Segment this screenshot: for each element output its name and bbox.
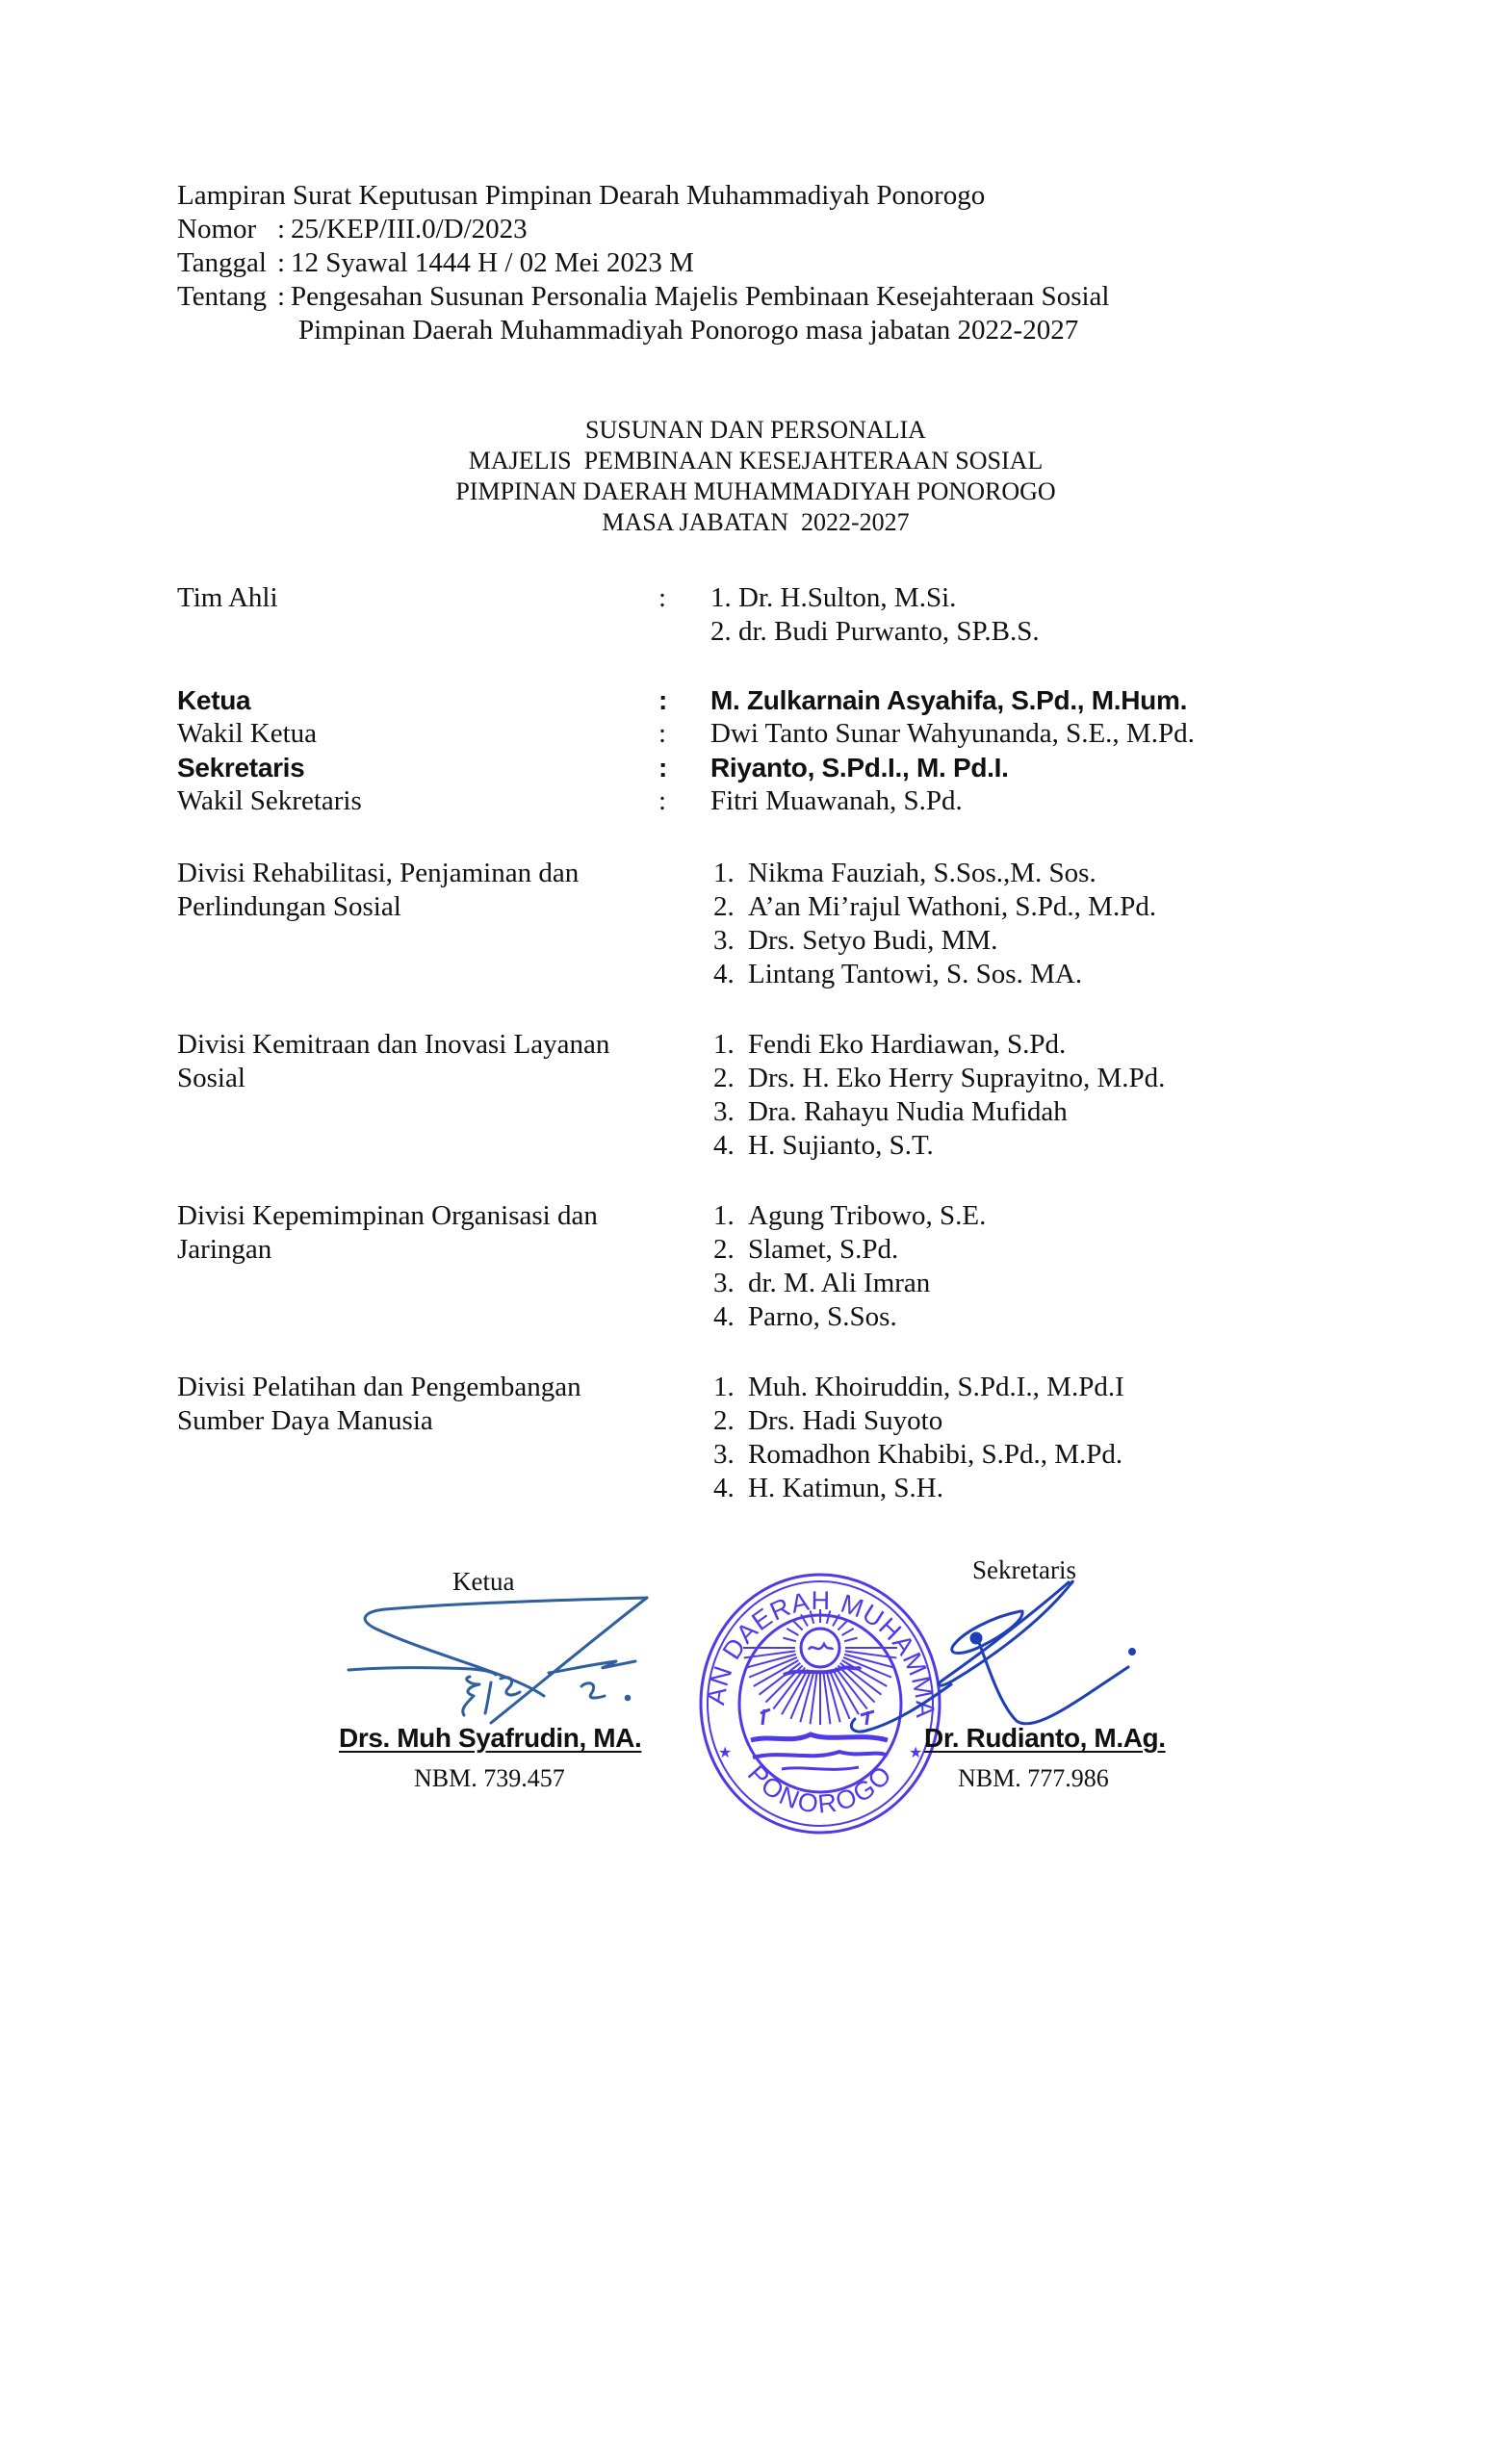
division-name-line: Sosial [177, 1062, 678, 1095]
separator: : [658, 717, 666, 751]
item-number: 4. [713, 1129, 748, 1163]
item-number: 1. [713, 1371, 748, 1404]
nomor-label: Nomor [177, 213, 277, 246]
tentang-value-line1: Pengesahan Susunan Personalia Majelis Pe… [291, 280, 1109, 314]
member-name: Drs. Setyo Budi, MM. [748, 924, 997, 958]
svg-text:★: ★ [718, 1743, 732, 1761]
list-item: 1.Agung Tribowo, S.E. [713, 1199, 986, 1233]
division-name: Divisi Rehabilitasi, Penjaminan dan Perl… [177, 857, 678, 924]
title-line-4: MASA JABATAN 2022-2027 [0, 507, 1496, 538]
officer-name: Riyanto, S.Pd.I., M. Pd.I. [710, 751, 1009, 784]
list-item: 2.Slamet, S.Pd. [713, 1233, 986, 1267]
division-name-line: Jaringan [177, 1233, 678, 1267]
member-name: Slamet, S.Pd. [748, 1233, 898, 1267]
tentang-value-line2: Pimpinan Daerah Muhammadiyah Ponorogo ma… [298, 314, 1078, 347]
officer-role: Ketua [177, 683, 250, 717]
ketua-name: Drs. Muh Syafrudin, MA. [339, 1723, 641, 1754]
list-item: 2.A’an Mi’rajul Wathoni, S.Pd., M.Pd. [713, 890, 1156, 924]
member-name: Drs. Hadi Suyoto [748, 1404, 942, 1438]
list-item: 4.H. Sujianto, S.T. [713, 1129, 1165, 1163]
title-line-2: MAJELIS PEMBINAAN KESEJAHTERAAN SOSIAL [0, 446, 1496, 476]
tim-ahli-member: 2. dr. Budi Purwanto, SP.B.S. [710, 615, 1040, 649]
title-line-1: SUSUNAN DAN PERSONALIA [0, 415, 1496, 446]
tentang-label: Tentang [177, 280, 277, 314]
list-item: 4.Lintang Tantowi, S. Sos. MA. [713, 958, 1156, 991]
list-item: 3.Romadhon Khabibi, S.Pd., M.Pd. [713, 1438, 1124, 1472]
ketua-signature-icon [347, 1578, 655, 1732]
list-item: 3.Drs. Setyo Budi, MM. [713, 924, 1156, 958]
division-members: 1.Nikma Fauziah, S.Sos.,M. Sos. 2.A’an M… [713, 857, 1156, 991]
item-number: 1. [713, 1199, 748, 1233]
member-name: Romadhon Khabibi, S.Pd., M.Pd. [748, 1438, 1122, 1472]
item-number: 2. [713, 1404, 748, 1438]
item-number: 1. [713, 857, 748, 890]
member-name: A’an Mi’rajul Wathoni, S.Pd., M.Pd. [748, 890, 1156, 924]
division-name-line: Sumber Daya Manusia [177, 1404, 678, 1438]
officer-name: Fitri Muawanah, S.Pd. [710, 784, 963, 818]
division-name-line: Divisi Kemitraan dan Inovasi Layanan [177, 1028, 678, 1062]
ketua-nbm: NBM. 739.457 [414, 1764, 565, 1793]
attachment-line: Lampiran Surat Keputusan Pimpinan Dearah… [177, 179, 985, 213]
list-item: 1.Fendi Eko Hardiawan, S.Pd. [713, 1028, 1165, 1062]
list-item: 1.Nikma Fauziah, S.Sos.,M. Sos. [713, 857, 1156, 890]
member-name: Agung Tribowo, S.E. [748, 1199, 986, 1233]
officer-role: Wakil Ketua [177, 717, 317, 751]
member-name: Fendi Eko Hardiawan, S.Pd. [748, 1028, 1066, 1062]
item-number: 3. [713, 1267, 748, 1300]
division-name: Divisi Pelatihan dan Pengembangan Sumber… [177, 1371, 678, 1438]
list-item: 4.H. Katimun, S.H. [713, 1472, 1124, 1505]
list-item: 3.dr. M. Ali Imran [713, 1267, 986, 1300]
item-number: 3. [713, 924, 748, 958]
item-number: 4. [713, 1300, 748, 1334]
member-name: Nikma Fauziah, S.Sos.,M. Sos. [748, 857, 1096, 890]
member-name: dr. M. Ali Imran [748, 1267, 930, 1300]
officer-role: Wakil Sekretaris [177, 784, 362, 818]
nomor-value: 25/KEP/III.0/D/2023 [291, 213, 528, 246]
division-members: 1.Agung Tribowo, S.E. 2.Slamet, S.Pd. 3.… [713, 1199, 986, 1334]
item-number: 4. [713, 958, 748, 991]
separator: : [658, 683, 667, 717]
item-number: 2. [713, 1062, 748, 1095]
division-name-line: Divisi Pelatihan dan Pengembangan [177, 1371, 678, 1404]
sekretaris-name: Dr. Rudianto, M.Ag. [924, 1723, 1166, 1754]
separator: : [277, 246, 291, 280]
separator: : [658, 751, 667, 784]
document-title: SUSUNAN DAN PERSONALIA MAJELIS PEMBINAAN… [0, 415, 1496, 538]
officer-role: Sekretaris [177, 751, 304, 784]
tanggal-value: 12 Syawal 1444 H / 02 Mei 2023 M [291, 246, 694, 280]
title-line-3: PIMPINAN DAERAH MUHAMMADIYAH PONOROGO [0, 476, 1496, 507]
item-number: 3. [713, 1095, 748, 1129]
sekretaris-nbm: NBM. 777.986 [958, 1764, 1109, 1793]
division-name-line: Divisi Kepemimpinan Organisasi dan [177, 1199, 678, 1233]
member-name: Dra. Rahayu Nudia Mufidah [748, 1095, 1068, 1129]
member-name: Lintang Tantowi, S. Sos. MA. [748, 958, 1082, 991]
separator: : [277, 213, 291, 246]
separator: : [277, 280, 291, 314]
item-number: 1. [713, 1028, 748, 1062]
division-name: Divisi Kepemimpinan Organisasi dan Jarin… [177, 1199, 678, 1267]
item-number: 4. [713, 1472, 748, 1505]
member-name: H. Sujianto, S.T. [748, 1129, 934, 1163]
item-number: 3. [713, 1438, 748, 1472]
item-number: 2. [713, 890, 748, 924]
separator: : [658, 581, 666, 615]
officer-name: Dwi Tanto Sunar Wahyunanda, S.E., M.Pd. [710, 717, 1195, 751]
member-name: Drs. H. Eko Herry Suprayitno, M.Pd. [748, 1062, 1165, 1095]
tim-ahli-label: Tim Ahli [177, 581, 278, 615]
list-item: 2.Drs. Hadi Suyoto [713, 1404, 1124, 1438]
tanggal-label: Tanggal [177, 246, 277, 280]
member-name: Parno, S.Sos. [748, 1300, 897, 1334]
list-item: 4.Parno, S.Sos. [713, 1300, 986, 1334]
division-name-line: Divisi Rehabilitasi, Penjaminan dan [177, 857, 678, 890]
separator: : [658, 784, 666, 818]
division-members: 1.Muh. Khoiruddin, S.Pd.I., M.Pd.I 2.Drs… [713, 1371, 1124, 1505]
tim-ahli-member: 1. Dr. H.Sulton, M.Si. [710, 581, 956, 615]
list-item: 3.Dra. Rahayu Nudia Mufidah [713, 1095, 1165, 1129]
item-number: 2. [713, 1233, 748, 1267]
division-members: 1.Fendi Eko Hardiawan, S.Pd. 2.Drs. H. E… [713, 1028, 1165, 1163]
officer-name: M. Zulkarnain Asyahifa, S.Pd., M.Hum. [710, 683, 1187, 717]
list-item: 1.Muh. Khoiruddin, S.Pd.I., M.Pd.I [713, 1371, 1124, 1404]
division-name: Divisi Kemitraan dan Inovasi Layanan Sos… [177, 1028, 678, 1095]
member-name: Muh. Khoiruddin, S.Pd.I., M.Pd.I [748, 1371, 1124, 1404]
member-name: H. Katimun, S.H. [748, 1472, 943, 1505]
list-item: 2.Drs. H. Eko Herry Suprayitno, M.Pd. [713, 1062, 1165, 1095]
letter-header: Lampiran Surat Keputusan Pimpinan Dearah… [177, 179, 1109, 347]
division-name-line: Perlindungan Sosial [177, 890, 678, 924]
